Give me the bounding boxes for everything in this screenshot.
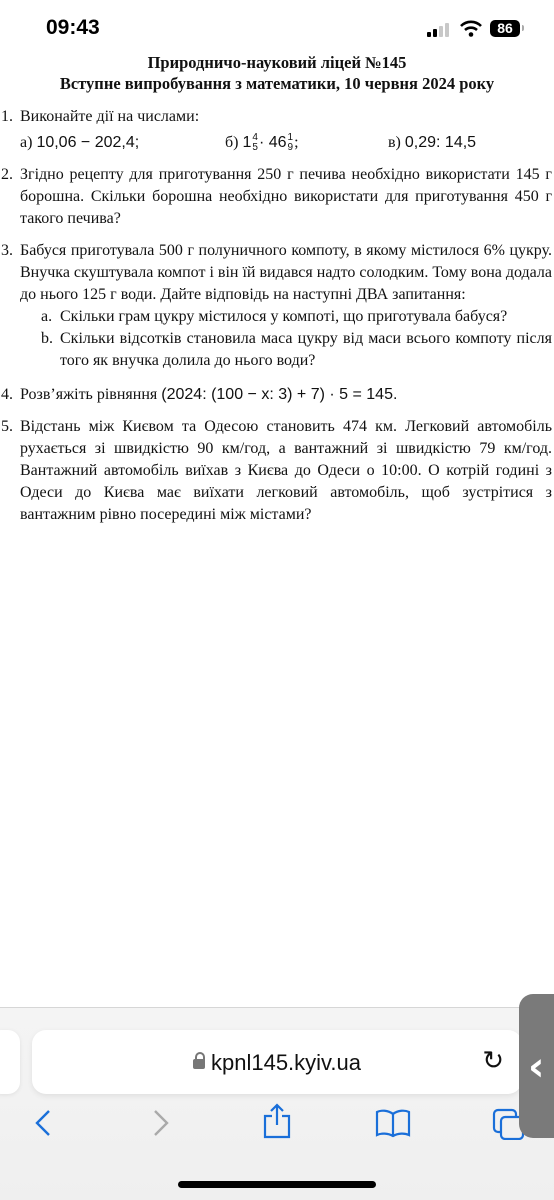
question-2: 2. Згідно рецепту для приготування 250 г… — [20, 164, 552, 230]
document-title-line2: Вступне випробування з математики, 10 че… — [0, 73, 554, 94]
part-c: в) 0,29: 14,5 — [388, 132, 476, 154]
question-1: 1. Виконайте дії на числами: а) 10,06 − … — [20, 106, 552, 154]
previous-tab-preview[interactable] — [0, 1030, 20, 1094]
exam-document: Природничо-науковий ліцей №145 Вступне в… — [0, 52, 554, 526]
battery-tip — [522, 25, 524, 31]
clock: 09:43 — [46, 16, 100, 40]
url-text: kpnl145.kyiv.ua — [211, 1050, 361, 1075]
forward-icon[interactable] — [150, 1108, 172, 1138]
wifi-icon — [460, 20, 482, 37]
bookmarks-icon[interactable] — [375, 1108, 411, 1138]
reload-icon[interactable]: ↻ — [482, 1046, 504, 1076]
subquestion-a: a.Скільки грам цукру містилося у компоті… — [60, 306, 552, 328]
question-5: 5. Відстань між Києвом та Одесою станови… — [20, 416, 552, 526]
question-text: Виконайте дії на числами: — [20, 106, 552, 128]
back-icon[interactable] — [32, 1108, 54, 1138]
side-panel-handle[interactable]: ‹ — [519, 994, 554, 1138]
browser-toolbar: kpnl145.kyiv.ua ↻ — [0, 1007, 554, 1200]
battery-icon: 86 — [490, 20, 520, 37]
cellular-signal-icon — [427, 23, 449, 37]
document-title-line1: Природничо-науковий ліцей №145 — [0, 52, 554, 73]
part-a: а) 10,06 − 202,4; — [20, 132, 225, 154]
share-icon[interactable] — [262, 1103, 292, 1139]
question-3: 3. Бабуся приготувала 500 г полуничного … — [20, 240, 552, 372]
lock-icon — [193, 1059, 205, 1069]
subquestion-b: b.Скільки відсотків становила маса цукру… — [60, 328, 552, 372]
chevron-left-icon: ‹ — [528, 1044, 544, 1090]
status-bar: 09:43 86 — [0, 0, 554, 60]
part-b: б) 145· 4619; — [225, 132, 388, 154]
home-indicator[interactable] — [178, 1181, 376, 1188]
question-4: 4. Розв’яжіть рівняння (2024: (100 − x: … — [20, 384, 552, 406]
address-bar[interactable]: kpnl145.kyiv.ua ↻ — [32, 1030, 522, 1094]
